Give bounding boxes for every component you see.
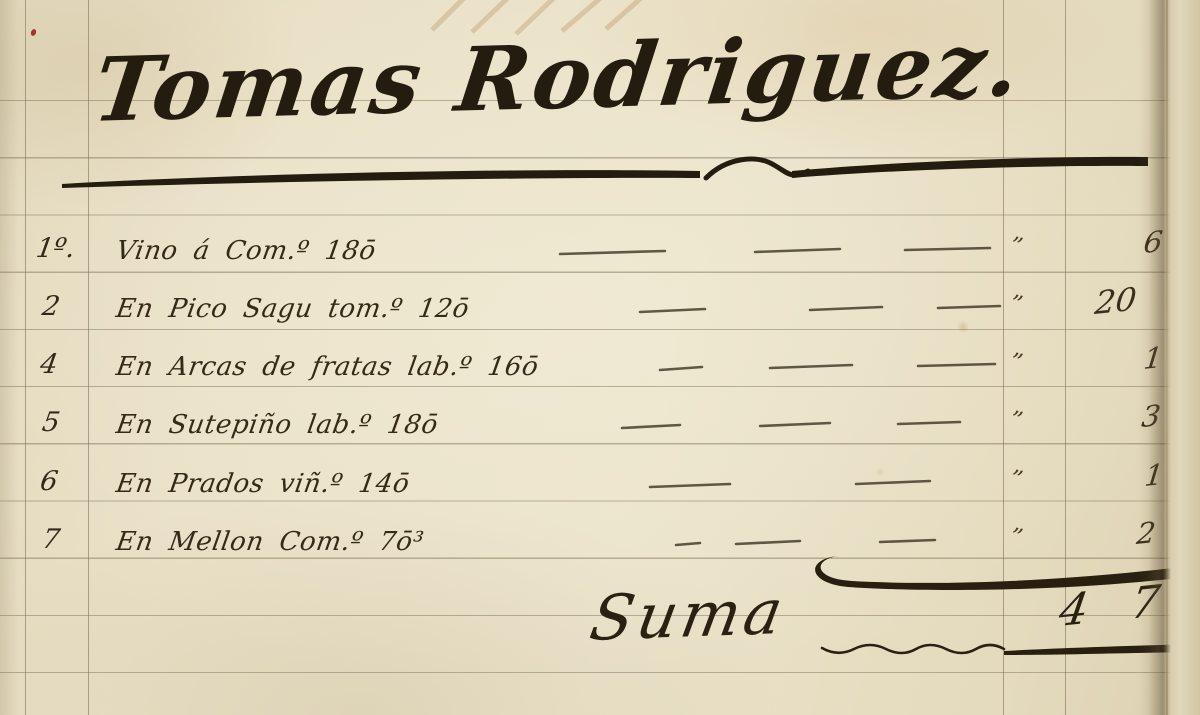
entry-description: En Sutepiño lab.º 18ō xyxy=(114,410,440,440)
margin-line-left-inner xyxy=(88,0,89,715)
ledger-page-scan: Tomas Rodriguez. 1º. Vino á Com.º 18ō ” … xyxy=(0,0,1200,715)
entry-description: En Arcas de fratas lab.º 16ō xyxy=(114,352,541,382)
entry-description: En Pico Sagu tom.º 12ō xyxy=(114,294,471,324)
page-edge-crease xyxy=(1166,0,1168,715)
entry-description: En Mellon Com.º 7ō³ xyxy=(114,527,426,557)
entry-description: Vino á Com.º 18ō xyxy=(114,236,378,266)
entry-description: En Prados viñ.º 14ō xyxy=(114,469,412,499)
page-edge-shadow xyxy=(1138,0,1200,715)
suma-label: Suma xyxy=(585,575,792,655)
amount-partial: 20 xyxy=(1093,280,1138,322)
margin-line-left-outer xyxy=(25,0,26,715)
entry-number: 1º. xyxy=(34,233,77,264)
